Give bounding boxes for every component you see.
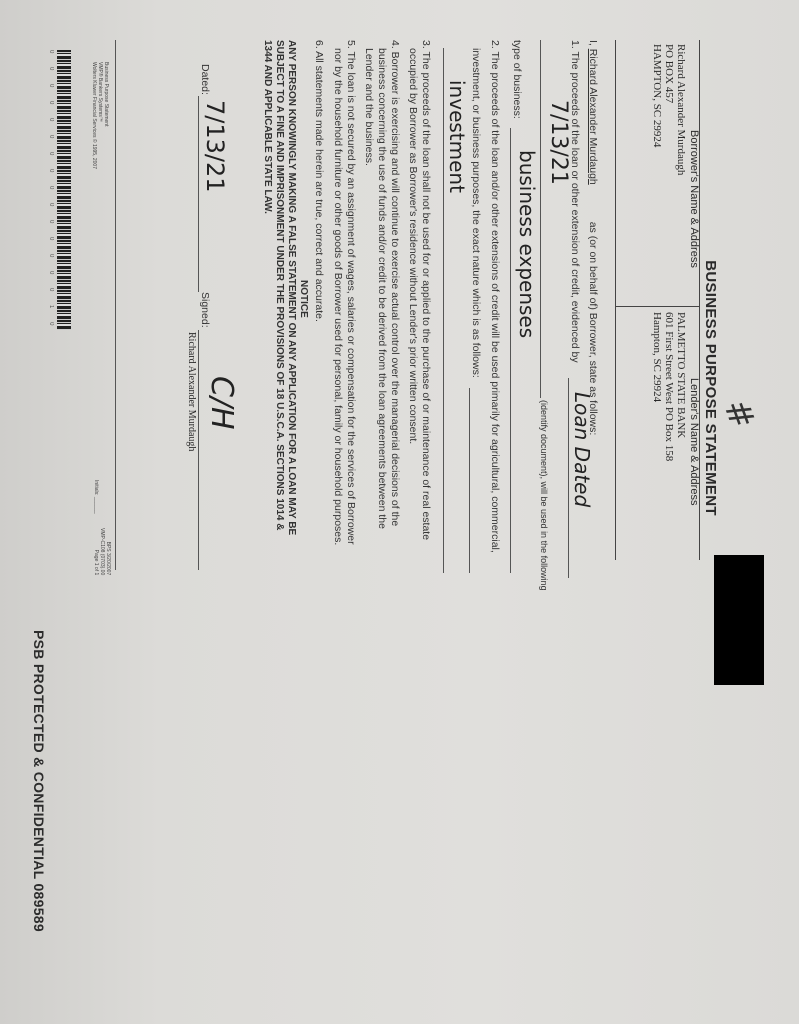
form-info-line-1: Business Purpose Statement — [103, 62, 109, 169]
signature-mark: C/H — [204, 376, 239, 430]
redaction-box — [714, 555, 764, 685]
dated-label: Dated: — [199, 64, 211, 95]
item2-nature-line-1 — [469, 388, 470, 573]
barcode-digits: 0 0 0 0 0 0 0 0 0 0 0 0 0 0 0 1 0 5 0 1 … — [48, 50, 54, 330]
borrower-name: Richard Alexander Murdaugh — [675, 44, 687, 175]
item1-document-line — [568, 378, 569, 578]
signature-line — [198, 330, 199, 570]
footer-rule — [115, 40, 116, 570]
item1-date-line — [540, 40, 541, 398]
borrower-po-box: PO BOX 457 — [663, 44, 675, 175]
initials-label: Initials: ______ — [93, 480, 99, 514]
form-info: Business Purpose Statement VMP® Bankers … — [91, 62, 109, 169]
intro-name: Richard Alexander Murdaugh — [587, 49, 599, 219]
form-info-line-3: Wolters Kluwer Financial Services © 1995… — [91, 62, 97, 169]
item5-line-1: 5. The loan is not secured by an assignm… — [345, 40, 357, 545]
handwritten-hash-mark: # — [715, 394, 762, 434]
item4-line-2: business concerning the use of funds and… — [376, 48, 388, 529]
handwritten-business-type: business expenses — [515, 150, 539, 338]
header-bottom-rule — [615, 40, 616, 560]
intro-line: I, Richard Alexander Murdaugh as (or on … — [587, 40, 599, 435]
business-type-line — [510, 128, 511, 573]
handwritten-date-1: 7/13/21 — [546, 100, 571, 185]
notice-line-1: ANY PERSON KNOWINGLY MAKING A FALSE STAT… — [285, 40, 297, 535]
notice-line-3: 1344 AND APPLICABLE STATE LAW. — [261, 40, 273, 214]
document-title: BUSINESS PURPOSE STATEMENT — [702, 208, 719, 568]
scanned-page-background: BUSINESS PURPOSE STATEMENT # Borrower's … — [0, 0, 799, 1024]
initials-text: Initials: — [93, 480, 99, 496]
item4-line-1: 4. Borrower is exercising and will conti… — [389, 40, 401, 526]
handwritten-nature: investment — [445, 80, 469, 193]
item4-line-3: Lender and the business. — [363, 48, 375, 166]
intro-prefix: I, — [587, 40, 599, 46]
confidential-stamp: PSB PROTECTED & CONFIDENTIAL 089589 — [31, 630, 47, 932]
item5-line-2: nor by the household furniture or other … — [332, 48, 344, 545]
form-code-line-2: VMP-C108 (0703).00 — [99, 528, 105, 575]
document-page: BUSINESS PURPOSE STATEMENT # Borrower's … — [0, 0, 799, 1024]
form-code-line-1: BPS 3/20/2007 — [105, 528, 111, 575]
notice-line-2: SUBJECT TO A FINE AND IMPRISONMENT UNDER… — [273, 40, 285, 530]
header-divider — [616, 306, 700, 307]
item3-line-1: 3. The proceeds of the loan shall not be… — [420, 40, 432, 540]
handwritten-dated-value: 7/13/21 — [201, 100, 229, 193]
item3-line-2: occupied by Borrower as Borrower's resid… — [407, 48, 419, 444]
lender-city: Hampton, SC 29924 — [651, 312, 663, 461]
handwritten-document: Loan Dated — [570, 392, 594, 507]
signed-label: Signed: — [199, 292, 211, 328]
item1-line-a: 1. The proceeds of the loan or other ext… — [569, 40, 581, 363]
lender-address: PALMETTO STATE BANK 601 First Street Wes… — [651, 312, 687, 461]
dated-line — [198, 96, 199, 292]
borrower-city: HAMPTON, SC 29924 — [651, 44, 663, 175]
form-info-line-2: VMP® Bankers Systems™ — [97, 62, 103, 169]
item2-line-a: 2. The proceeds of the loan and/or other… — [489, 40, 501, 553]
form-code: BPS 3/20/2007 VMP-C108 (0703).00 Page 1 … — [93, 528, 111, 575]
item2-nature-line-2 — [443, 48, 444, 573]
borrower-heading: Borrower's Name & Address — [688, 130, 700, 268]
borrower-address: Richard Alexander Murdaugh PO BOX 457 HA… — [651, 44, 687, 175]
notice-heading: NOTICE — [297, 280, 309, 318]
lender-heading: Lender's Name & Address — [688, 378, 700, 505]
signer-name: Richard Alexander Murdaugh — [185, 332, 197, 451]
item2-line-b: investment, or business purposes, the ex… — [470, 48, 482, 378]
barcode — [57, 50, 71, 330]
type-of-business-label: type of business: — [511, 40, 523, 119]
item1-line-b: (identify document), will be used in the… — [539, 400, 549, 591]
item6-line: 6. All statements made herein are true, … — [313, 40, 325, 322]
lender-name: PALMETTO STATE BANK — [675, 312, 687, 461]
lender-street: 601 First Street West PO Box 158 — [663, 312, 675, 461]
